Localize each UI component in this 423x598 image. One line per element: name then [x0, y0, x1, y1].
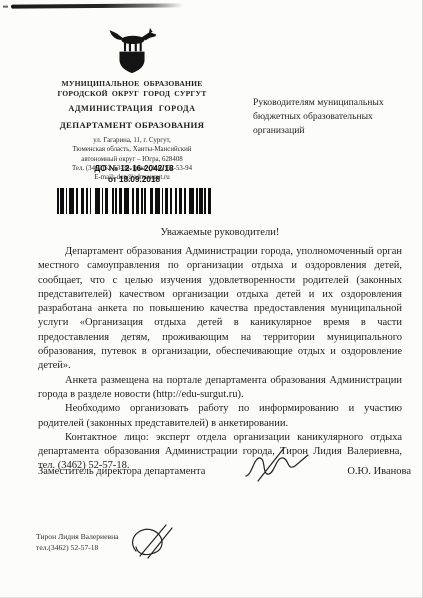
- org-name-line1: МУНИЦИПАЛЬНОЕ ОБРАЗОВАНИЕ: [34, 79, 230, 89]
- director-signature-scribble: [238, 445, 312, 487]
- department-name: ДЕПАРТАМЕНТ ОБРАЗОВАНИЯ: [34, 120, 230, 130]
- stamp-date: от 18.09.2018: [58, 175, 210, 186]
- signer-name: О.Ю. Иванова: [323, 466, 411, 477]
- contact-name: Тирон Лидия Валериевна: [36, 532, 119, 543]
- stamp-reference-number: ДО № 12-16-2042/18: [58, 164, 210, 175]
- scanned-letter-page: МУНИЦИПАЛЬНОЕ ОБРАЗОВАНИЕ ГОРОДСКОЙ ОКРУ…: [0, 0, 423, 598]
- signer-title: Заместитель директора департамента: [38, 466, 205, 477]
- city-emblem-logo: [105, 22, 159, 74]
- letterhead: МУНИЦИПАЛЬНОЕ ОБРАЗОВАНИЕ ГОРОДСКОЙ ОКРУ…: [34, 22, 230, 182]
- address-line-district: автономный округ – Югра, 628408: [34, 155, 230, 164]
- org-name-line2: ГОРОДСКОЙ ОКРУГ ГОРОД СУРГУТ: [34, 89, 230, 99]
- body-paragraph-1: Департамент образования Администрации го…: [38, 245, 402, 374]
- body-paragraph-3: Необходимо организовать работу по информ…: [38, 402, 402, 431]
- administration-line: АДМИНИСТРАЦИЯ ГОРОДА: [34, 104, 230, 113]
- contact-paraph-signature: [126, 523, 176, 563]
- fox-icon: [110, 28, 157, 51]
- address-line-region: Тюменская область, Ханты-Мансийский: [34, 145, 230, 154]
- address-line-street: ул. Гагарина, 11, г. Сургут,: [34, 136, 230, 145]
- contact-footer: Тирон Лидия Валериевна тел.(3462) 52-57-…: [36, 532, 119, 553]
- salutation: Уважаемые руководители!: [38, 227, 402, 238]
- barcode: [57, 188, 213, 214]
- scan-artifact: [11, 3, 183, 8]
- contact-phone: тел.(3462) 52-57-18: [36, 543, 119, 554]
- outgoing-stamp: ДО № 12-16-2042/18 от 18.09.2018: [58, 164, 210, 185]
- recipient-block: Руководителям муниципальных бюджетных об…: [253, 96, 413, 137]
- shield-icon: [119, 52, 144, 74]
- body-paragraph-2: Анкета размещена на портале департамента…: [38, 374, 402, 403]
- letter-body: Департамент образования Администрации го…: [38, 245, 402, 474]
